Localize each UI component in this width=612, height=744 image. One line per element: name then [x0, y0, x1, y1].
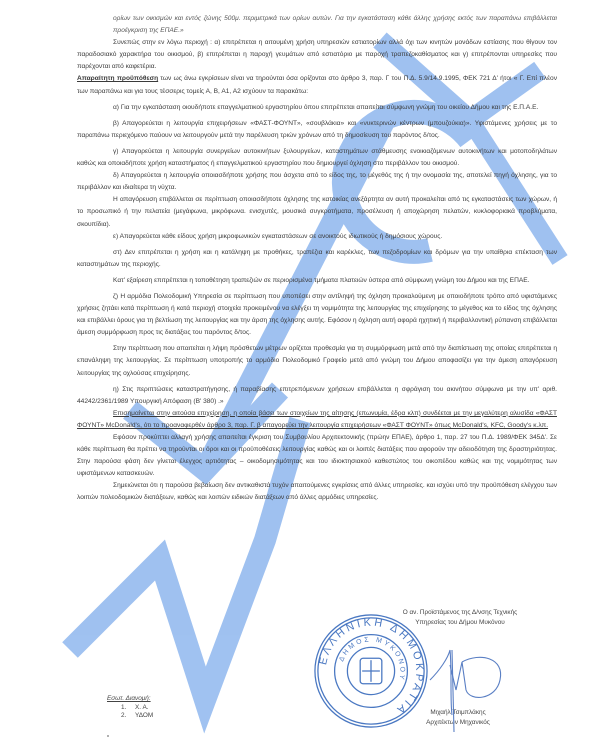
paragraph-prerequisite: Απαραίτητη προϋπόθεση των ως άνω εγκρίσε… — [77, 73, 557, 97]
paragraph-emphasis: Επισημαίνεται στην αιτούσα επιχείρηση, η… — [77, 408, 557, 432]
handwritten-signature-icon — [420, 640, 510, 735]
item-c: γ) Απαγορεύεται η λειτουργία συνεργείων … — [77, 146, 557, 170]
distribution-item: 2.ΥΔΟΜ — [107, 712, 153, 721]
paragraph-change-of-use: Εφόσον προκύπτει αλλαγή χρήσης απαιτείτα… — [77, 432, 557, 480]
item-z: ζ) Η αρμόδια Πολεοδομική Υπηρεσία σε περ… — [77, 291, 557, 339]
item-d: δ) Απαγορεύεται η λειτουργία οποιασδήποτ… — [77, 170, 557, 194]
quote-continuation: ορίων των οικισμών και εντός ζώνης 500μ.… — [77, 13, 557, 37]
document-body: ορίων των οικισμών και εντός ζώνης 500μ.… — [77, 13, 557, 505]
paragraph-note: Σημειώνεται ότι η παρούσα βεβαίωση δεν α… — [77, 480, 557, 504]
item-d-prohibition: Η απαγόρευση επιβάλλεται σε περίπτωση οπ… — [77, 194, 557, 230]
signatory-title-line1: Ο αν. Προϊστάμενος της Δ/νσης Τεχνικής — [370, 608, 550, 618]
item-st-exception: Κατ' εξαίρεση επιτρέπεται η τοποθέτηση τ… — [77, 275, 557, 287]
signatory-title-line2: Υπηρεσίας του Δήμου Μυκόνου — [370, 618, 550, 628]
item-h: η) Στις περιπτώσεις καταστρατήγησης, ή π… — [77, 384, 557, 408]
item-e: ε) Απαγορεύεται κάθε είδους χρήση μικροφ… — [77, 231, 557, 243]
internal-distribution: Εσωτ. Διανομή: 1.Χ. Α. 2.ΥΔΟΜ — [107, 695, 153, 721]
signatory-title: Ο αν. Προϊστάμενος της Δ/νσης Τεχνικής Υ… — [370, 608, 550, 628]
paragraph-consequently: Συνεπώς στην εν λόγω περιοχή : α) επιτρέ… — [77, 37, 557, 73]
distribution-title: Εσωτ. Διανομή: — [107, 695, 153, 704]
item-st: στ) Δεν επιτρέπεται η χρήση και η κατάλη… — [77, 247, 557, 271]
item-z-measures: Στην περίπτωση που απαιτείται η λήψη πρό… — [77, 343, 557, 379]
prerequisite-label: Απαραίτητη προϋπόθεση — [77, 75, 158, 82]
item-b: β) Απαγορεύεται η λειτουργία επιχειρήσεω… — [77, 118, 557, 142]
item-a: α) Για την εγκατάσταση οιουδήποτε επαγγε… — [77, 102, 557, 114]
distribution-item: 1.Χ. Α. — [107, 704, 153, 713]
scan-speck — [107, 735, 109, 737]
document-page: ορίων των οικισμών και εντός ζώνης 500μ.… — [0, 0, 612, 744]
